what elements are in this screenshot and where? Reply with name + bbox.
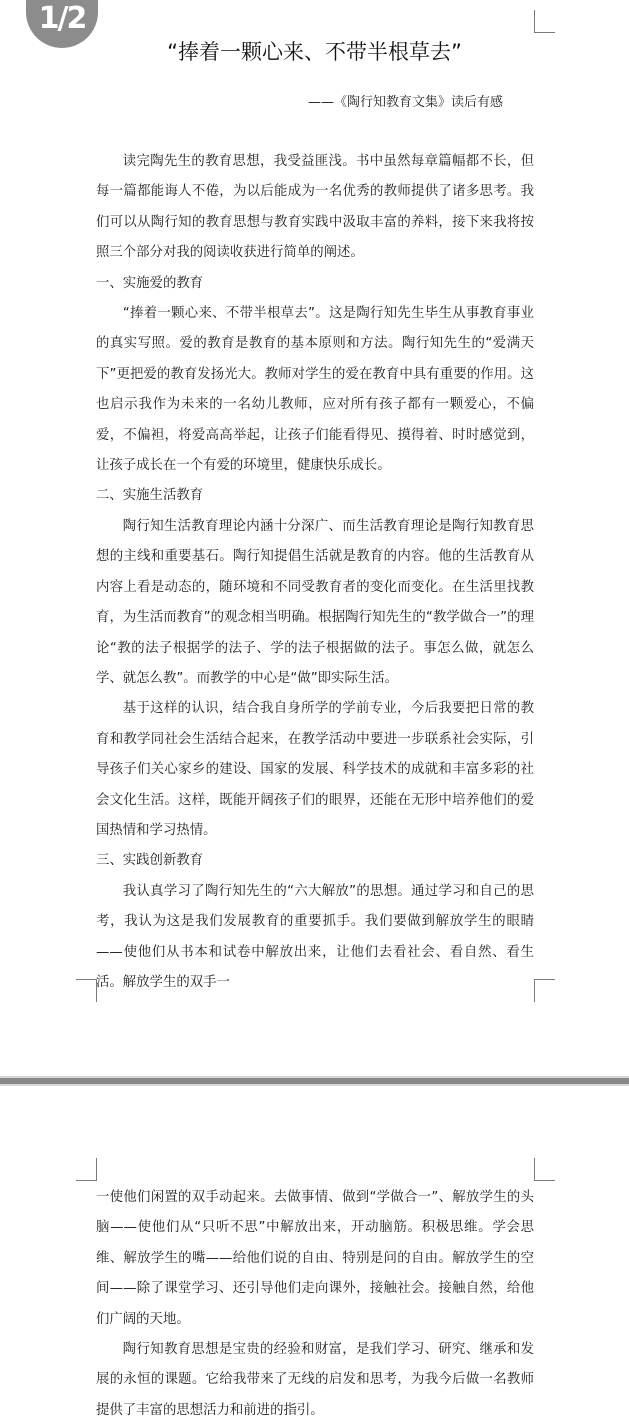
document-page-1: 1/2 “捧着一颗心来、不带半根草去” ——《陶行知教育文集》读后有感 读完陶先… — [0, 0, 629, 1076]
document-subtitle: ——《陶行知教育文集》读后有感 — [308, 91, 503, 110]
paragraph-continued: 一使他们闲置的双手动起来。去做事情、做到“学做合一”、解放学生的头脑——使他们从… — [96, 1183, 534, 1335]
paragraph-love-education: “捧着一颗心来、不带半根草去”。这是陶行知先生毕生从事教育事业的真实写照。爱的教… — [96, 299, 534, 481]
paragraph-conclusion: 陶行知教育思想是宝贵的经验和财富，是我们学习、研究、继承和发展的永恒的课题。它给… — [96, 1335, 534, 1423]
crop-mark-bottom-right — [534, 979, 555, 1002]
crop-mark-top-left-page-2 — [76, 1158, 97, 1181]
section-heading-2: 二、实施生活教育 — [96, 481, 534, 511]
page-separator — [0, 1076, 629, 1086]
crop-mark-bottom-left — [76, 979, 97, 1002]
paragraph-practice: 基于这样的认识，结合我自身所学的学前专业，今后我要把日常的教育和教学同社会生活结… — [96, 694, 534, 846]
section-heading-3: 三、实践创新教育 — [96, 846, 534, 876]
paragraph-life-education: 陶行知生活教育理论内涵十分深广、而生活教育理论是陶行知教育思想的主线和重要基石。… — [96, 512, 534, 694]
page-2-body: 一使他们闲置的双手动起来。去做事情、做到“学做合一”、解放学生的头脑——使他们从… — [96, 1183, 534, 1423]
section-heading-1: 一、实施爱的教育 — [96, 269, 534, 299]
paragraph-creative-education: 我认真学习了陶行知先生的“六大解放”的思想。通过学习和自己的思考，我认为这是我们… — [96, 877, 534, 999]
document-title: “捧着一颗心来、不带半根草去” — [0, 36, 629, 66]
crop-mark-top-right-page-2 — [534, 1158, 555, 1181]
paragraph-intro: 读完陶先生的教育思想，我受益匪浅。书中虽然每章篇幅都不长，但每一篇都能诲人不倦，… — [96, 147, 534, 269]
page-1-body: 读完陶先生的教育思想，我受益匪浅。书中虽然每章篇幅都不长，但每一篇都能诲人不倦，… — [96, 147, 534, 998]
crop-mark-top-right — [534, 10, 555, 33]
